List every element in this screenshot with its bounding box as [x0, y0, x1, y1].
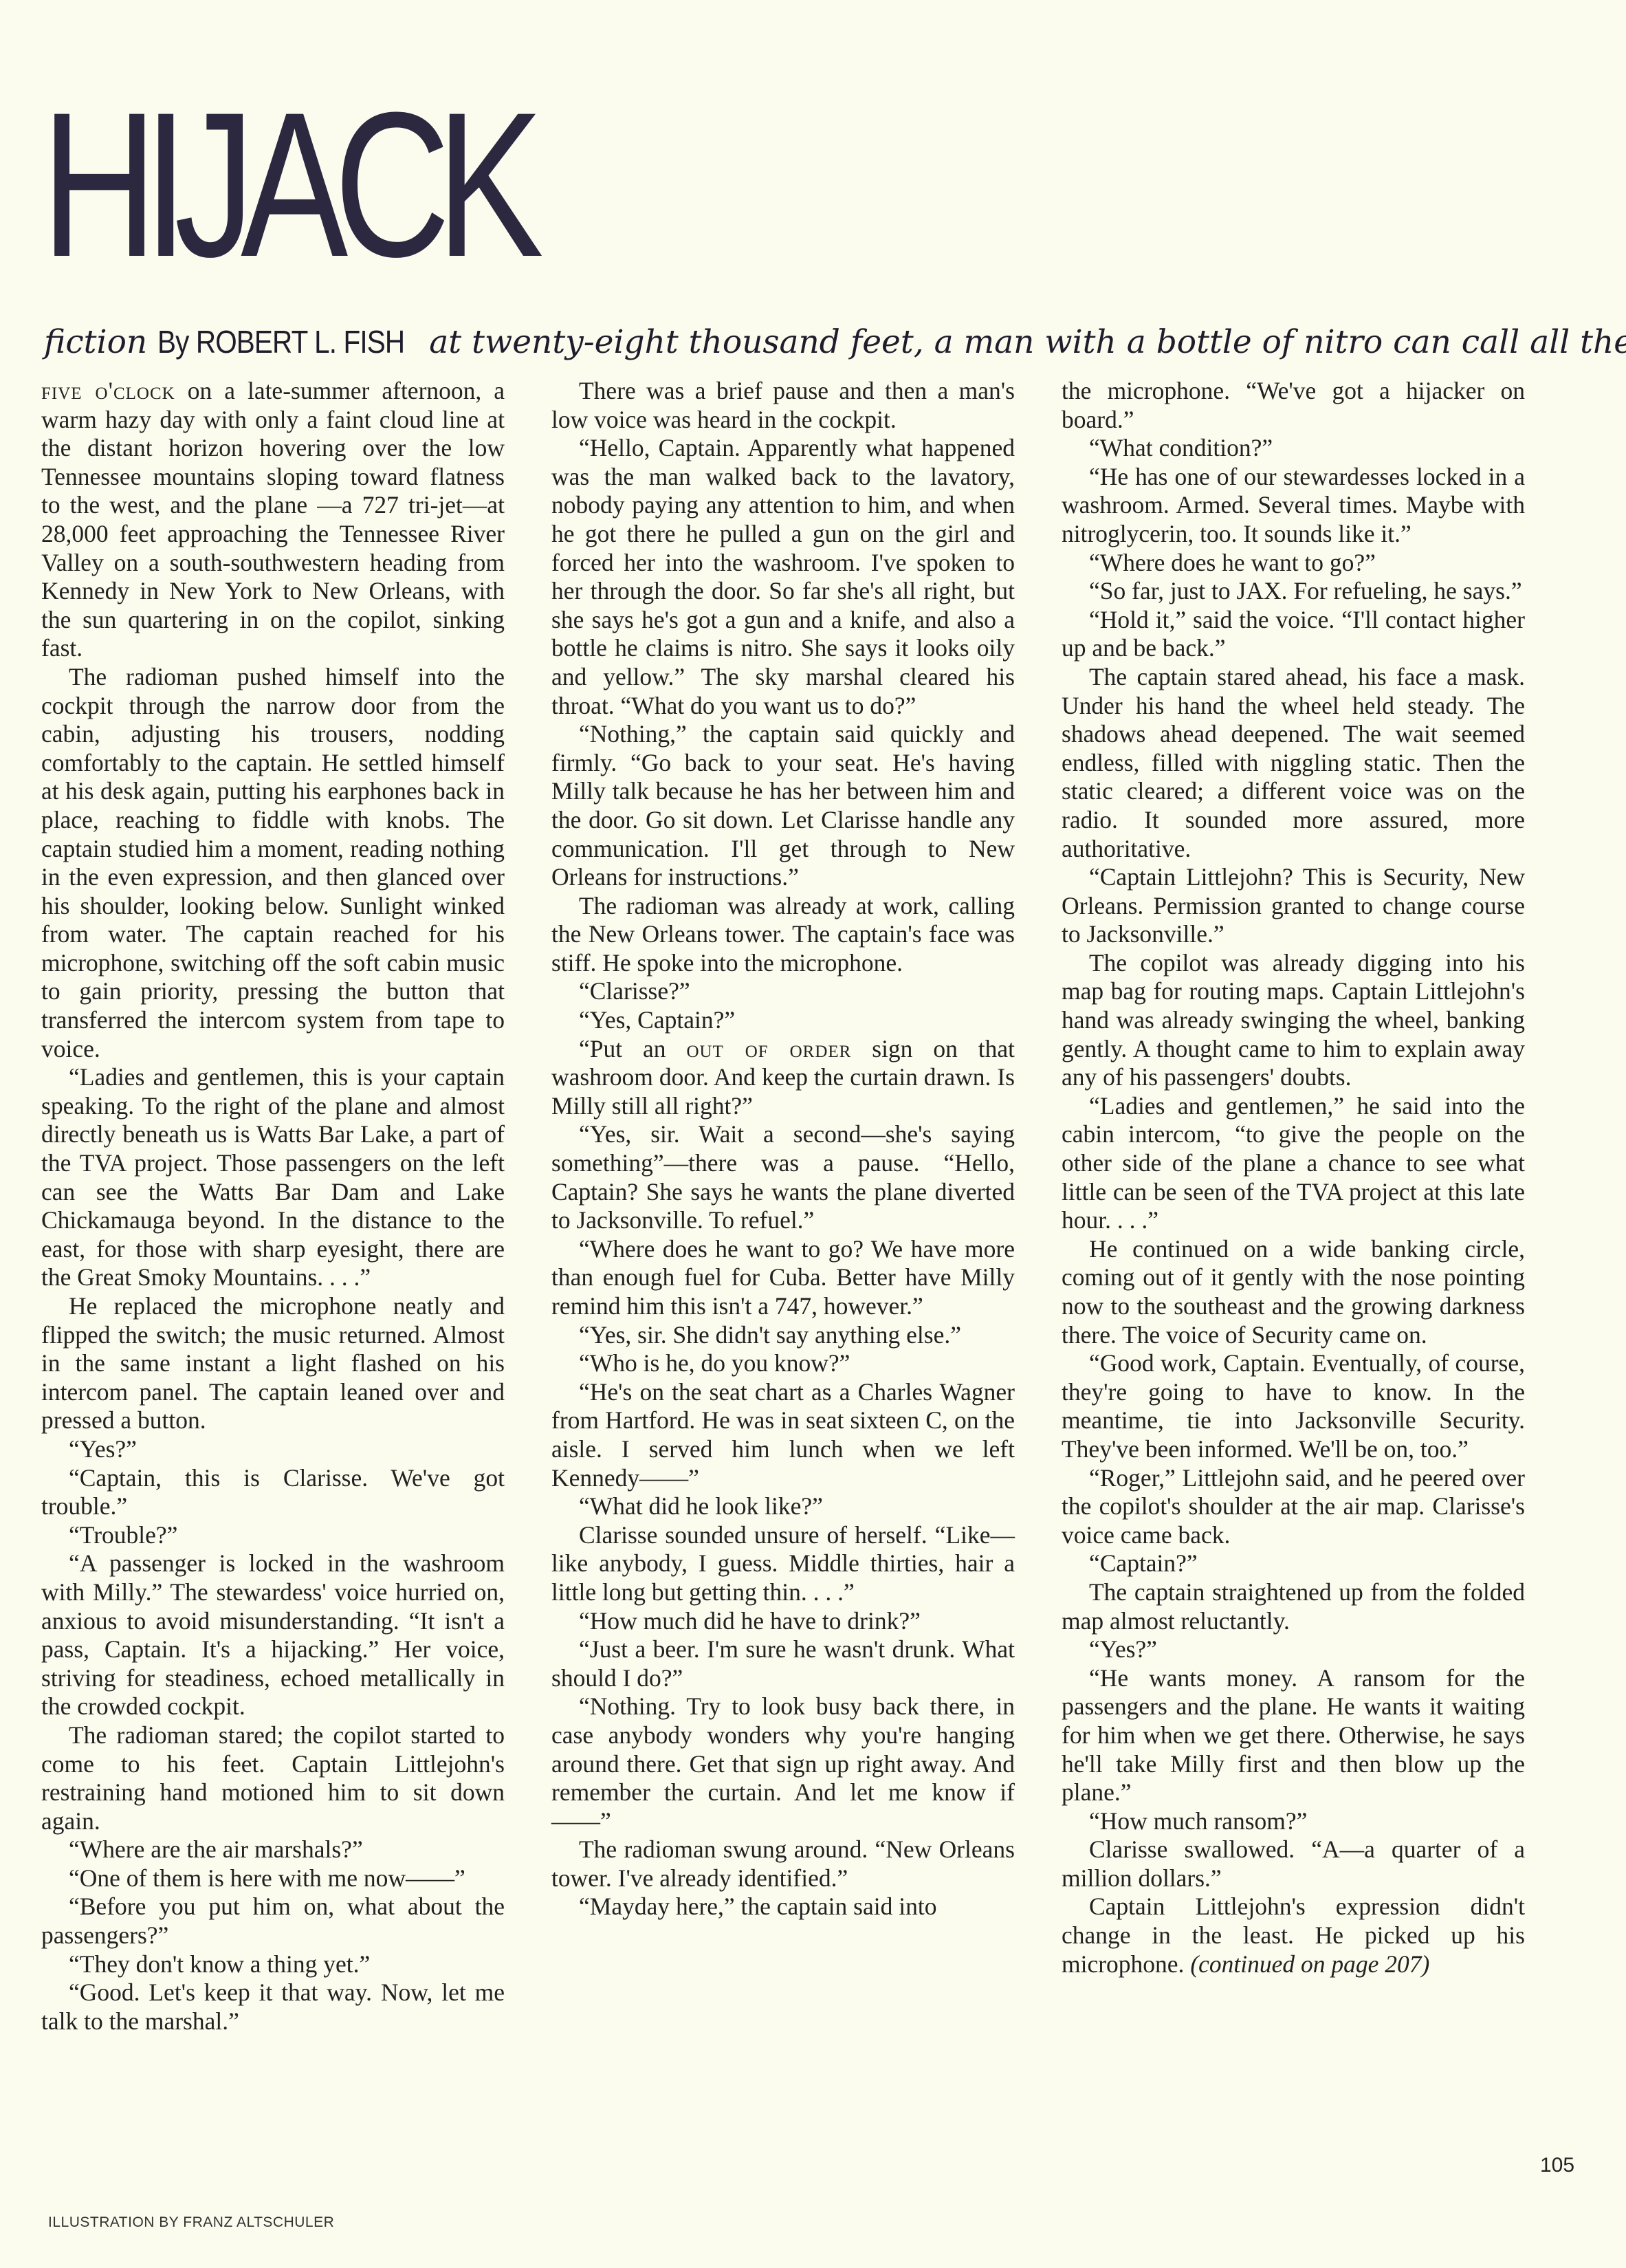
paragraph: “Yes, sir. Wait a second—she's saying so… [551, 1120, 1015, 1234]
paragraph: “Good work, Captain. Eventually, of cour… [1062, 1349, 1525, 1463]
article-body: five o'clock on a late-summer afternoon,… [41, 377, 1526, 2036]
paragraph: “Nothing. Try to look busy back there, i… [551, 1692, 1015, 1835]
paragraph: “He wants money. A ransom for the passen… [1062, 1664, 1525, 1807]
paragraph: The radioman was already at work, callin… [551, 892, 1015, 978]
column-3: the microphone. “We've got a hijacker on… [1062, 377, 1525, 2036]
paragraph: “Yes?” [41, 1435, 505, 1464]
paragraph: “Yes?” [1062, 1635, 1525, 1664]
paragraph: He continued on a wide banking circle, c… [1062, 1235, 1525, 1349]
paragraph: The captain stared ahead, his face a mas… [1062, 663, 1525, 863]
paragraph: The radioman pushed himself into the coc… [41, 663, 505, 1063]
paragraph: five o'clock on a late-summer afternoon,… [41, 377, 505, 663]
paragraph: “Captain Littlejohn? This is Security, N… [1062, 863, 1525, 949]
lead-in: five o'clock [41, 377, 175, 404]
paragraph: “Clarisse?” [551, 977, 1015, 1006]
column-2: There was a brief pause and then a man's… [551, 377, 1015, 2036]
paragraph: “Before you put him on, what about the p… [41, 1893, 505, 1950]
paragraph: “Trouble?” [41, 1521, 505, 1550]
paragraph: “They don't know a thing yet.” [41, 1950, 505, 1979]
paragraph: “Just a beer. I'm sure he wasn't drunk. … [551, 1635, 1015, 1692]
paragraph: “Captain?” [1062, 1549, 1525, 1578]
paragraph: Clarisse sounded unsure of herself. “Lik… [551, 1521, 1015, 1607]
paragraph: Clarisse swallowed. “A—a quarter of a mi… [1062, 1835, 1525, 1893]
paragraph: “Good. Let's keep it that way. Now, let … [41, 1978, 505, 2036]
page-number: 105 [1540, 2154, 1574, 2177]
paragraph: “Hold it,” said the voice. “I'll contact… [1062, 606, 1525, 663]
byline: By ROBERT L. FISH [157, 323, 404, 360]
paragraph: “How much did he have to drink?” [551, 1607, 1015, 1636]
paragraph: “He's on the seat chart as a Charles Wag… [551, 1378, 1015, 1492]
paragraph: “A passenger is locked in the washroom w… [41, 1549, 505, 1721]
paragraph: The radioman swung around. “New Orleans … [551, 1835, 1015, 1893]
paragraph: “Ladies and gentlemen,” he said into the… [1062, 1092, 1525, 1235]
paragraph: The radioman stared; the copilot started… [41, 1721, 505, 1835]
paragraph: The captain straightened up from the fol… [1062, 1578, 1525, 1635]
paragraph: “Nothing,” the captain said quickly and … [551, 720, 1015, 892]
illustration-credit: ILLUSTRATION BY FRANZ ALTSCHULER [48, 2214, 334, 2231]
paragraph: “Mayday here,” the captain said into [551, 1893, 1015, 1921]
continued-on-link: (continued on page 207) [1190, 1950, 1429, 1978]
article-deck: fiction By ROBERT L. FISH at twenty-eigh… [44, 323, 1584, 361]
paragraph: “Roger,” Littlejohn said, and he peered … [1062, 1464, 1525, 1550]
small-caps-text: out of order [686, 1035, 851, 1062]
paragraph: “Captain, this is Clarisse. We've got tr… [41, 1464, 505, 1521]
paragraph: “Where does he want to go?” [1062, 549, 1525, 578]
paragraph: “Hello, Captain. Apparently what happene… [551, 434, 1015, 720]
paragraph: He replaced the microphone neatly and fl… [41, 1292, 505, 1435]
paragraph: “Put an out of order sign on that washro… [551, 1035, 1015, 1121]
column-1: five o'clock on a late-summer afternoon,… [41, 377, 505, 2036]
paragraph: “Yes, sir. She didn't say anything else.… [551, 1321, 1015, 1350]
section-label: fiction [44, 323, 147, 361]
paragraph: “So far, just to JAX. For refueling, he … [1062, 577, 1525, 606]
paragraph: “Ladies and gentlemen, this is your capt… [41, 1063, 505, 1292]
paragraph: “Yes, Captain?” [551, 1006, 1015, 1035]
paragraph: “What did he look like?” [551, 1492, 1015, 1521]
paragraph: “He has one of our stewardesses locked i… [1062, 463, 1525, 549]
paragraph: “Who is he, do you know?” [551, 1349, 1015, 1378]
paragraph: “Where does he want to go? We have more … [551, 1235, 1015, 1321]
paragraph: “How much ransom?” [1062, 1807, 1525, 1836]
paragraph: “One of them is here with me now——” [41, 1864, 505, 1893]
article-title: HIJACK [41, 81, 529, 287]
paragraph: Captain Littlejohn's expression didn't c… [1062, 1893, 1525, 1978]
paragraph: The copilot was already digging into his… [1062, 949, 1525, 1092]
paragraph: There was a brief pause and then a man's… [551, 377, 1015, 434]
paragraph: “What condition?” [1062, 434, 1525, 463]
tagline: at twenty-eight thousand feet, a man wit… [429, 323, 1626, 361]
paragraph: “Where are the air marshals?” [41, 1835, 505, 1864]
paragraph: the microphone. “We've got a hijacker on… [1062, 377, 1525, 434]
